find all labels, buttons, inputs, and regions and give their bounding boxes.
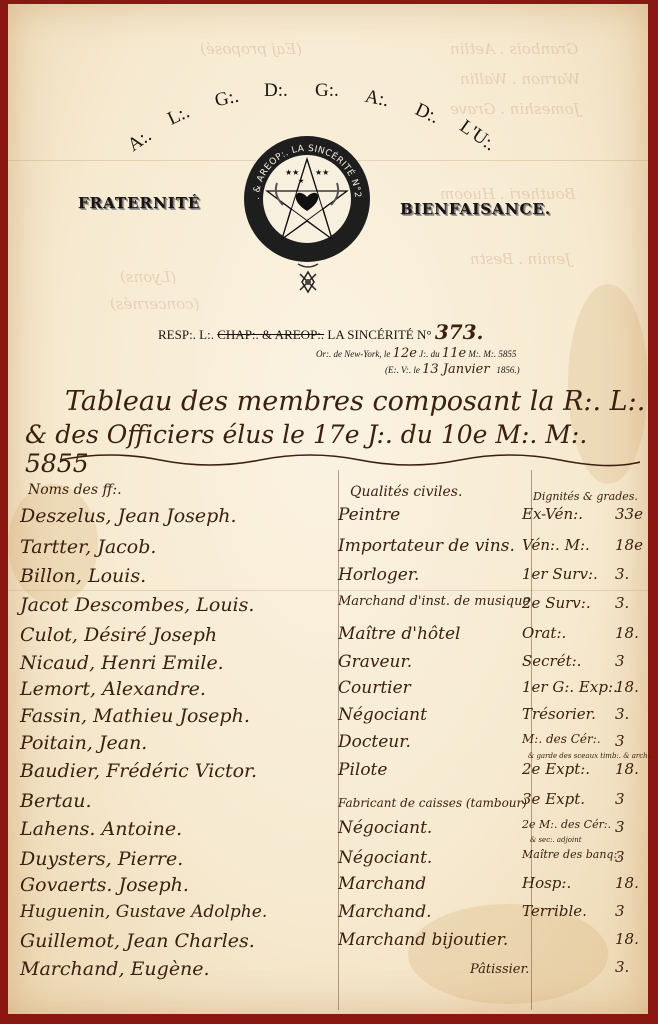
arc-letter: A:. (363, 86, 391, 112)
orient-suffix: M:. M:. 5855 (468, 349, 516, 359)
member-grade: 33e (615, 505, 643, 523)
table-row: Deszelus, Jean Joseph. Peintre Ex-Vén:. … (0, 505, 640, 535)
bleed-through-text: Jomeshin . Grave (450, 100, 580, 118)
member-profession: Fabricant de caisses (tambour) (338, 796, 527, 810)
member-profession: Pilote (338, 760, 387, 780)
member-profession: Horloger. (338, 565, 419, 585)
member-dignity: Hosp:. (522, 874, 571, 892)
lodge-struck-text: CHAP:. & AREOP:. (217, 327, 324, 342)
member-profession: Marchand. (338, 902, 432, 922)
member-grade: 3 (615, 902, 625, 920)
member-name: Bertau. (20, 790, 92, 812)
lodge-line: RESP:. L:. CHAP:. & AREOP:. LA SINCÉRITÉ… (158, 320, 484, 344)
orient-mid: J:. du (419, 349, 440, 359)
table-title-line-1: Tableau des membres composant la R:. L:. (65, 386, 645, 417)
table-row: Culot, Désiré Joseph Maître d'hôtel Orat… (0, 624, 640, 654)
member-profession: Pâtissier. (470, 962, 529, 977)
member-name: Baudier, Frédéric Victor. (20, 760, 257, 782)
member-dignity: Terrible. (522, 902, 587, 920)
bleed-through-text: (Lyons) (120, 268, 176, 286)
member-grade: 3 (615, 848, 625, 866)
member-profession: Négociant. (338, 848, 432, 868)
table-row: Huguenin, Gustave Adolphe. Marchand. Ter… (0, 902, 640, 932)
member-profession: Graveur. (338, 652, 412, 672)
orient-date-line: Or:. de New-York, le 12e J:. du 11e M:. … (316, 346, 516, 361)
member-name: Fassin, Mathieu Joseph. (20, 705, 250, 727)
arc-letter: D:. (264, 80, 288, 102)
member-grade: 18. (615, 760, 639, 778)
member-name: Jacot Descombes, Louis. (20, 594, 254, 616)
arc-letter: G:. (315, 80, 339, 102)
member-name: Nicaud, Henri Emile. (20, 652, 224, 674)
bleed-through-text: Jemin . Bestn (470, 250, 571, 268)
orient-day: 12e (393, 346, 417, 361)
member-grade: 18. (615, 624, 639, 642)
lodge-prefix: RESP:. L:. (158, 327, 214, 342)
member-profession: Négociant. (338, 818, 432, 838)
header-names: Noms des ff:. (28, 482, 122, 498)
member-name: Culot, Désiré Joseph (20, 624, 217, 646)
member-dignity: Ex-Vén:. (522, 505, 583, 523)
member-grade: 18. (615, 930, 639, 948)
orient-month: 11e (442, 346, 466, 361)
member-name: Marchand, Eugène. (20, 958, 210, 980)
member-name: Tartter, Jacob. (20, 536, 156, 558)
member-profession: Courtier (338, 678, 411, 698)
bleed-through-text: Granbois . Aetlin (450, 40, 578, 58)
svg-text:★★: ★★ (315, 168, 329, 177)
member-grade: 3. (615, 565, 629, 583)
member-grade: 3. (615, 705, 629, 723)
member-dignity: Maître des banq:. (522, 848, 621, 861)
svg-text:★★: ★★ (285, 168, 299, 177)
member-name: Huguenin, Gustave Adolphe. (20, 902, 267, 922)
member-name: Lahens. Antoine. (20, 818, 182, 840)
member-dignity: Trésorier. (522, 705, 596, 723)
motto-bienfaisance: BIENFAISANCE. (400, 200, 551, 218)
orient-prefix: Or:. de New-York, le (316, 349, 390, 359)
vulgar-date: 13 Janvier (422, 362, 489, 377)
bleed-through-text: Warnon . Wallin (460, 70, 580, 88)
motto-fraternite: FRATERNITÉ (78, 194, 200, 212)
lodge-number: 373. (435, 320, 484, 344)
table-row: Govaerts. Joseph. Marchand Hosp:. 18. (0, 874, 640, 904)
member-profession: Peintre (338, 505, 400, 525)
member-profession: Docteur. (338, 732, 411, 752)
member-dignity: 1er Surv:. (522, 565, 598, 583)
member-name: Deszelus, Jean Joseph. (20, 505, 237, 527)
member-profession: Négociant (338, 705, 427, 725)
vulgar-era-date-line: (E:. V:. le 13 Janvier 1856.) (385, 362, 520, 377)
member-profession: Importateur de vins. (338, 536, 515, 556)
member-dignity-note: & sec:. adjoint (530, 836, 582, 844)
medal-cross-icon (288, 262, 328, 302)
member-dignity-note: & garde des sceaux timb:. & arch:. (528, 752, 652, 760)
table-row: Fassin, Mathieu Joseph. Négociant Trésor… (0, 705, 640, 735)
table-row: Tartter, Jacob. Importateur de vins. Vén… (0, 536, 640, 566)
member-dignity: Secrét:. (522, 652, 581, 670)
bleed-through-text: (concernés) (110, 295, 199, 313)
member-dignity: Orat:. (522, 624, 566, 642)
member-name: Billon, Louis. (20, 565, 146, 587)
member-profession: Marchand (338, 874, 426, 894)
vulgar-year: 1856.) (496, 365, 519, 375)
member-dignity: 1er G:. Exp:. (522, 678, 618, 696)
table-row: Poitain, Jean. Docteur. M:. des Cér:. 3 … (0, 732, 640, 762)
title-flourish (60, 450, 640, 470)
member-grade: 18. (615, 874, 639, 892)
header-dignities: Dignités & grades. (533, 490, 638, 503)
member-dignity: 2e M:. des Cér:. (522, 818, 611, 831)
member-grade: 3 (615, 818, 625, 836)
svg-text:★: ★ (298, 177, 304, 185)
lodge-name: LA SINCÉRITÉ N° (327, 327, 431, 342)
lodge-seal-icon: CHAP:. & AREOP:. LA SINCÉRITÉ N°2. 5852 … (243, 135, 371, 263)
table-row: Baudier, Frédéric Victor. Pilote 2e Expt… (0, 760, 640, 790)
header-professions: Qualités civiles. (350, 484, 462, 500)
member-grade: 3 (615, 652, 625, 670)
table-row: Billon, Louis. Horloger. 1er Surv:. 3. (0, 565, 640, 595)
member-grade: 3 (615, 732, 625, 750)
member-name: Govaerts. Joseph. (20, 874, 189, 896)
vulgar-prefix: (E:. V:. le (385, 365, 420, 375)
bleed-through-text: (Eaj proposé) (200, 40, 302, 58)
member-grade: 3. (615, 958, 629, 976)
member-grade: 18. (615, 678, 639, 696)
table-row: Marchand, Eugène. Pâtissier. 3. (0, 958, 640, 988)
table-row: Lahens. Antoine. Négociant. 2e M:. des C… (0, 818, 640, 848)
table-row: Guillemot, Jean Charles. Marchand bijout… (0, 930, 640, 960)
member-name: Duysters, Pierre. (20, 848, 183, 870)
table-row: Jacot Descombes, Louis. Marchand d'inst.… (0, 594, 640, 624)
member-grade: 18e (615, 536, 643, 554)
member-grade: 3. (615, 594, 629, 612)
member-dignity: 3e Expt. (522, 790, 585, 808)
table-row: Bertau. Fabricant de caisses (tambour) 3… (0, 790, 640, 820)
member-name: Poitain, Jean. (20, 732, 147, 754)
member-name: Guillemot, Jean Charles. (20, 930, 255, 952)
member-dignity: Vén:. M:. (522, 536, 590, 554)
table-row: Lemort, Alexandre. Courtier 1er G:. Exp:… (0, 678, 640, 708)
member-grade: 3 (615, 790, 625, 808)
member-profession: Marchand d'inst. de musique (338, 594, 530, 609)
member-dignity: 2e Surv:. (522, 594, 591, 612)
member-profession: Marchand bijoutier. (338, 930, 508, 950)
member-dignity: M:. des Cér:. (522, 732, 601, 746)
member-dignity: 2e Expt:. (522, 760, 590, 778)
member-name: Lemort, Alexandre. (20, 678, 206, 700)
member-profession: Maître d'hôtel (338, 624, 460, 644)
